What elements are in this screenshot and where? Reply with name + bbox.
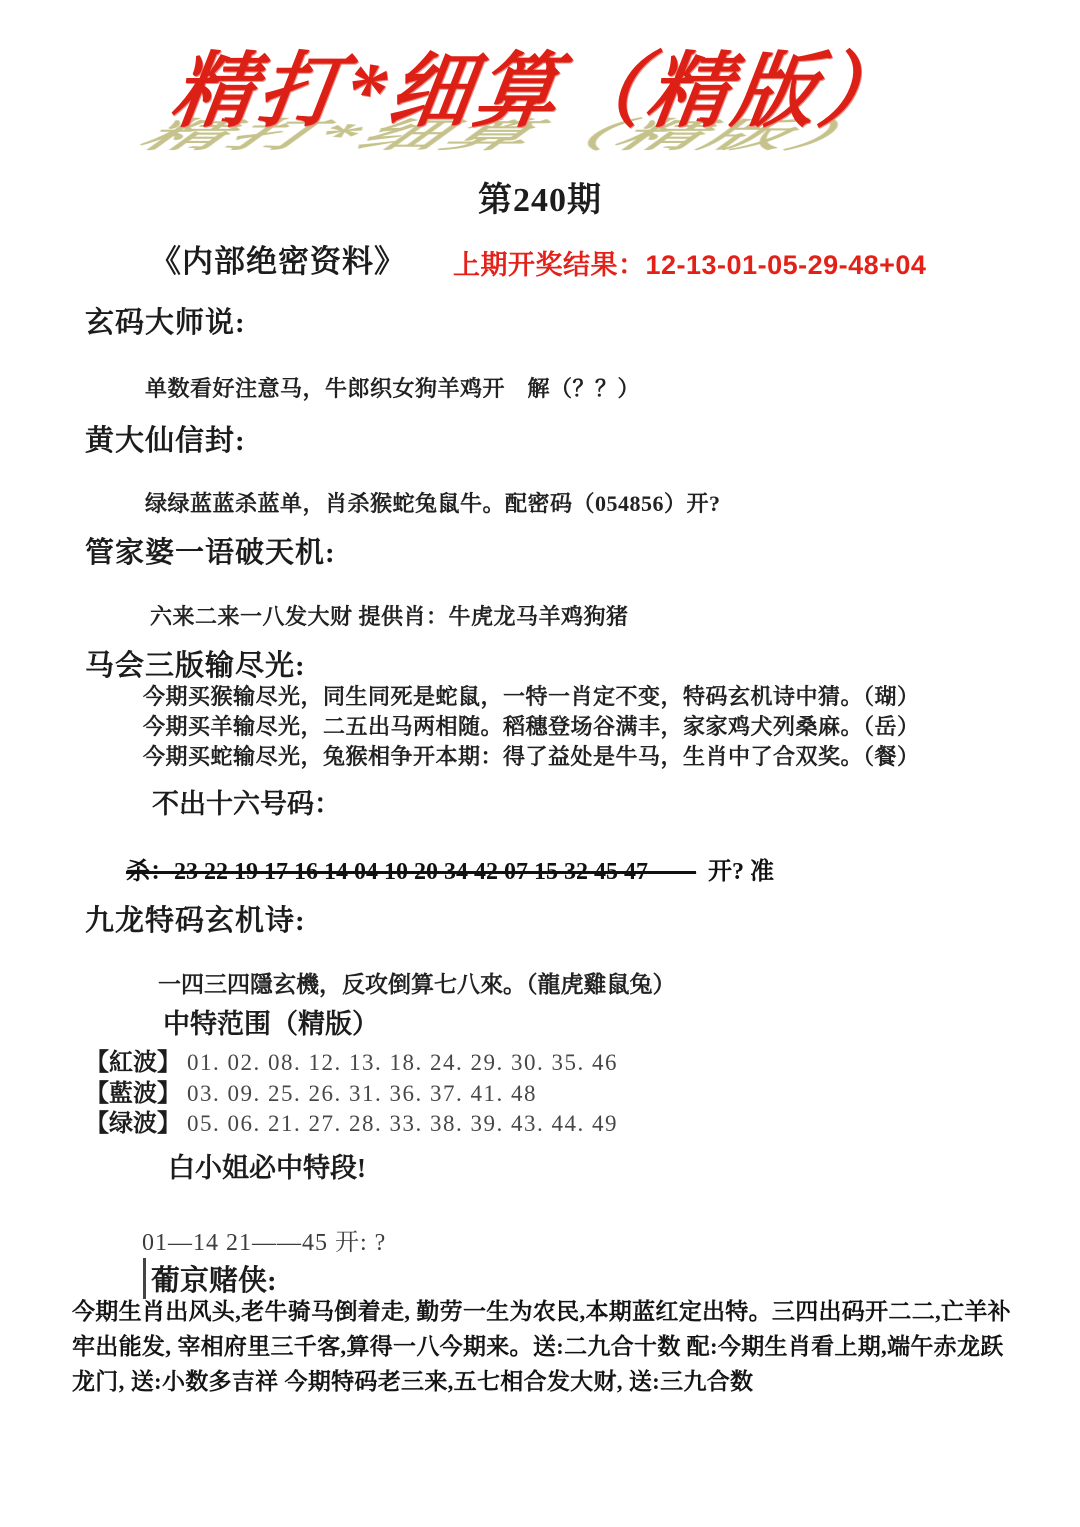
section-heading-sixteen: 不出十六号码： [152,782,341,821]
subtitle: 《内部绝密资料》 [150,236,406,281]
green-wave-label: 【绿波】 [85,1111,181,1137]
mahui-line-2: 今期买羊输尽光，二五出马两相随。稻穗登场谷满丰，家家鸡犬列桑麻。（岳） [143,712,920,742]
blue-wave-numbers: 03. 09. 25. 26. 31. 36. 37. 41. 48 [187,1081,537,1106]
wave-row-red: 【紅波】 01. 02. 08. 12. 13. 18. 24. 29. 30.… [85,1048,618,1079]
mahui-line-1: 今期买猴输尽光，同生同死是蛇鼠，一特一肖定不变，特码玄机诗中猜。（瑚） [143,682,920,712]
mahui-lines: 今期买猴输尽光，同生同死是蛇鼠，一特一肖定不变，特码玄机诗中猜。（瑚） 今期买羊… [143,682,920,772]
wave-row-blue: 【藍波】 03. 09. 25. 26. 31. 36. 37. 41. 48 [85,1079,618,1110]
red-wave-numbers: 01. 02. 08. 12. 13. 18. 24. 29. 30. 35. … [187,1050,618,1075]
pujing-paragraph: 今期生肖出风头,老牛骑马倒着走, 勤劳一生为农民,本期蓝红定出特。三四出码开二二… [72,1294,1017,1399]
section-heading-jiulong: 九龙特码玄机诗: [85,898,306,939]
pujing-line-3: 今期特码老三来,五七相合发大财, 送:三九合数 [285,1369,754,1394]
tip-sheet-page: 精打*细算（精版） 精打*细算（精版） 第240期 《内部绝密资料》 上期开奖结… [0,0,1080,1527]
kill-numbers-tail: 开? 准 [708,859,774,885]
section-heading-mahui: 马会三版输尽光: [85,643,306,684]
kill-numbers-struck: 杀：23 22 19 17 16 14 04 10 20 34 42 07 15… [126,859,696,885]
section-heading-guanjiapo: 管家婆一语破天机: [85,530,336,571]
section-heading-pujing: 葡京赌侠: [143,1258,277,1299]
xuanma-body: 单数看好注意马，牛郎织女狗羊鸡开 解（？？） [145,372,640,403]
kill-numbers-line: 杀：23 22 19 17 16 14 04 10 20 34 42 07 15… [126,851,774,886]
jiulong-poem: 一四三四隱玄機，反攻倒算七八來。（龍虎雞鼠兔） [158,966,676,999]
mahui-line-3: 今期买蛇输尽光，兔猴相争开本期：得了益处是牛马，生肖中了合双奖。（餐） [143,742,920,772]
masthead: 精打*细算（精版） 精打*细算（精版） [100,26,980,176]
wave-row-green: 【绿波】 05. 06. 21. 27. 28. 33. 38. 39. 43.… [85,1109,618,1140]
red-wave-label: 【紅波】 [85,1050,181,1076]
issue-number: 第240期 [0,172,1080,221]
last-draw-result: 上期开奖结果：12-13-01-05-29-48+04 [453,243,926,282]
guanjiapo-body: 六来二来一八发大财 提供肖：牛虎龙马羊鸡狗猪 [150,600,629,631]
blue-wave-label: 【藍波】 [85,1081,181,1107]
huangdaxian-body: 绿绿蓝蓝杀蓝单，肖杀猴蛇兔鼠牛。配密码（054856）开? [145,487,721,518]
section-heading-baixiaojie: 白小姐必中特段! [168,1146,366,1185]
baixiaojie-range: 01—14 21——45 开: ? [142,1222,386,1257]
wave-ranges: 【紅波】 01. 02. 08. 12. 13. 18. 24. 29. 30.… [85,1048,618,1140]
green-wave-numbers: 05. 06. 21. 27. 28. 33. 38. 39. 43. 44. … [187,1111,618,1136]
section-heading-zhongte: 中特范围（精版） [163,1002,379,1041]
masthead-title: 精打*细算（精版） [92,26,988,143]
section-heading-xuanma: 玄码大师说: [85,300,246,341]
section-heading-huangdaxian: 黄大仙信封: [85,418,246,459]
